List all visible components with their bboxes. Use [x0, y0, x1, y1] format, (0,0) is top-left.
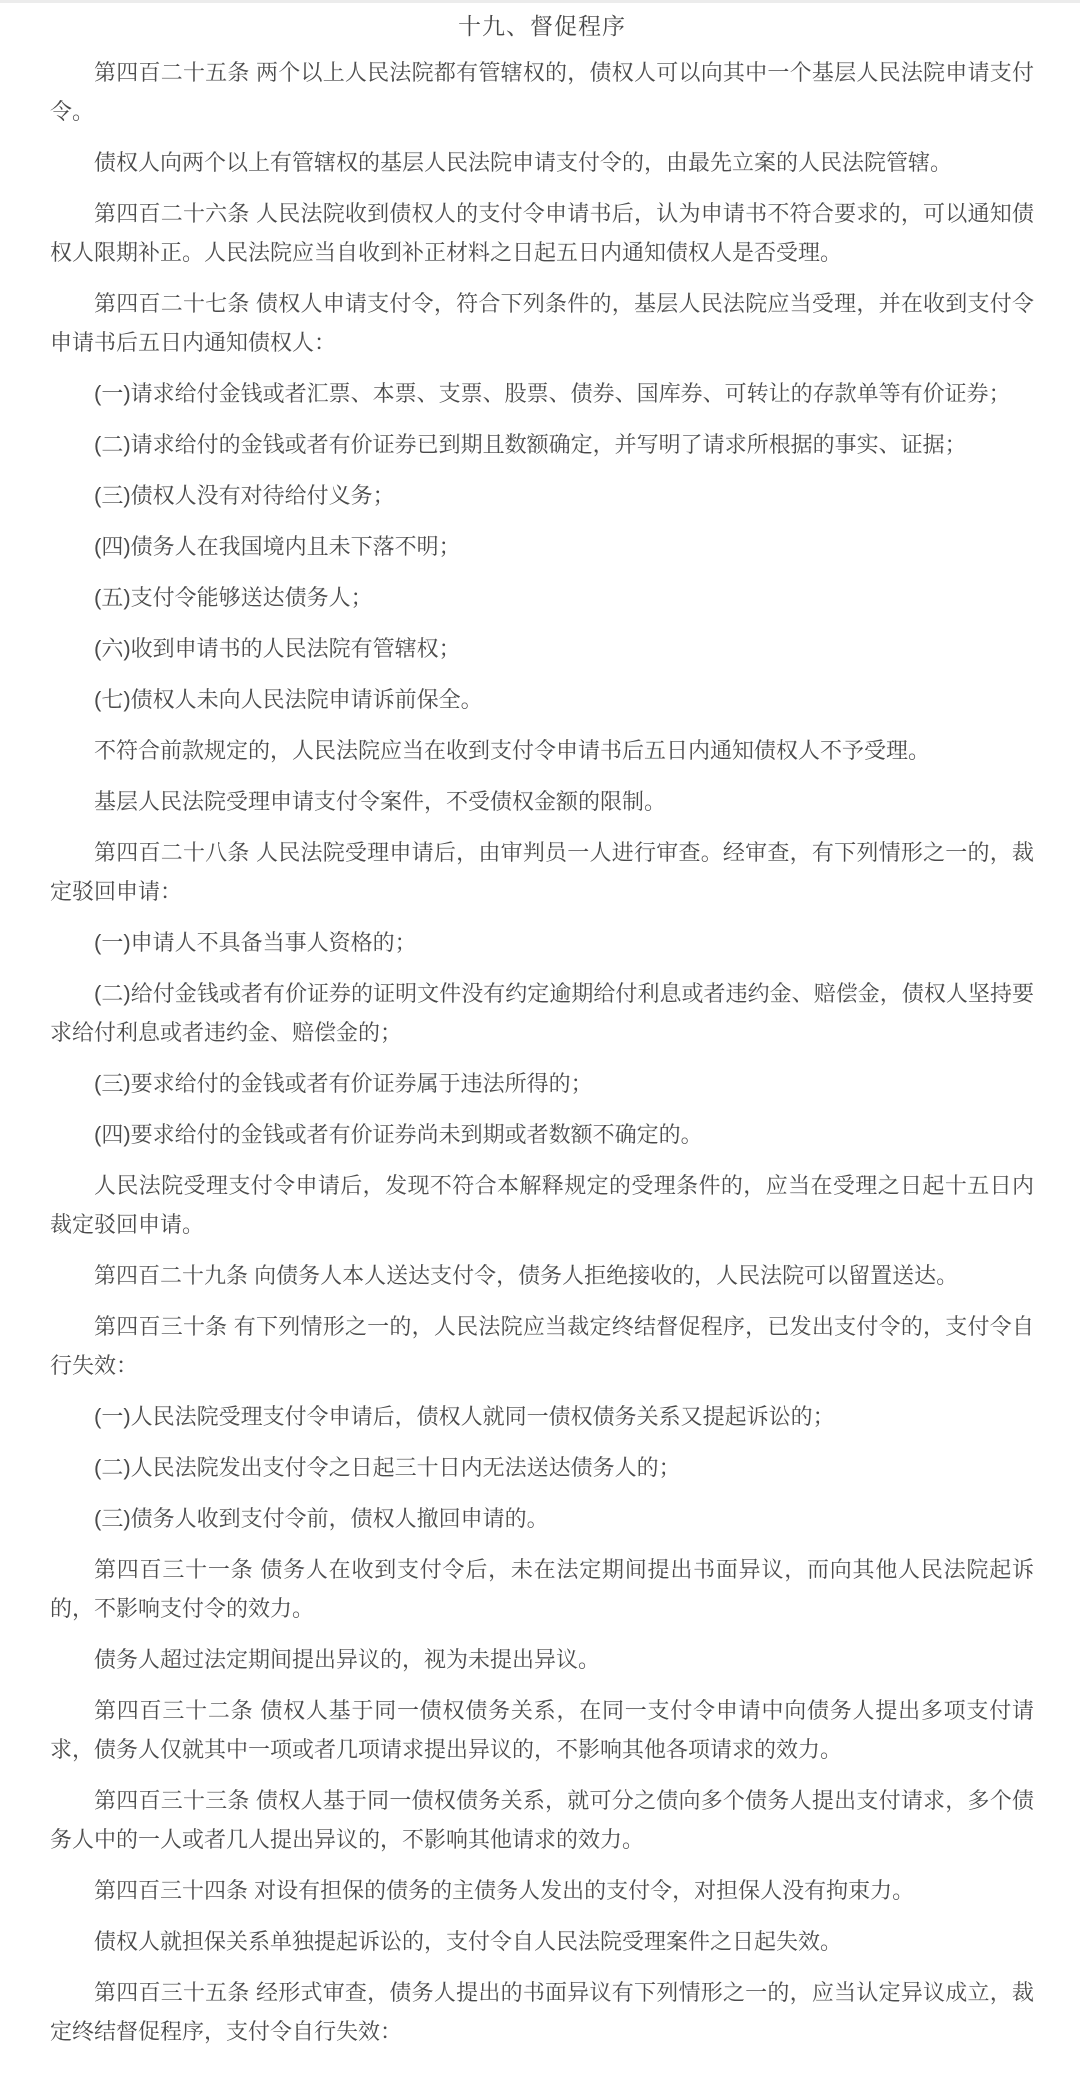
paragraph: 债务人超过法定期间提出异议的，视为未提出异议。 [50, 1640, 1034, 1679]
paragraph: 第四百三十条 有下列情形之一的，人民法院应当裁定终结督促程序，已发出支付令的，支… [50, 1307, 1034, 1385]
paragraph: 第四百三十五条 经形式审查，债务人提出的书面异议有下列情形之一的，应当认定异议成… [50, 1973, 1034, 2051]
legal-document: 十九、督促程序 第四百二十五条 两个以上人民法院都有管辖权的，债权人可以向其中一… [0, 3, 1080, 2093]
paragraph: (二)给付金钱或者有价证券的证明文件没有约定逾期给付利息或者违约金、赔偿金，债权… [50, 974, 1034, 1052]
paragraph: 基层人民法院受理申请支付令案件，不受债权金额的限制。 [50, 782, 1034, 821]
paragraph: 第四百三十二条 债权人基于同一债权债务关系，在同一支付令申请中向债务人提出多项支… [50, 1691, 1034, 1769]
document-page: { "colors": { "background": "#ffffff", "… [0, 0, 1080, 2093]
paragraph: 第四百二十五条 两个以上人民法院都有管辖权的，债权人可以向其中一个基层人民法院申… [50, 53, 1034, 131]
paragraph: 债权人向两个以上有管辖权的基层人民法院申请支付令的，由最先立案的人民法院管辖。 [50, 143, 1034, 182]
section-heading: 十九、督促程序 [50, 11, 1034, 41]
paragraph: 债权人就担保关系单独提起诉讼的，支付令自人民法院受理案件之日起失效。 [50, 1922, 1034, 1961]
paragraph: 第四百二十九条 向债务人本人送达支付令，债务人拒绝接收的，人民法院可以留置送达。 [50, 1256, 1034, 1295]
paragraph: (三)债务人收到支付令前，债权人撤回申请的。 [50, 1499, 1034, 1538]
paragraph: (七)债权人未向人民法院申请诉前保全。 [50, 680, 1034, 719]
paragraph: (二)请求给付的金钱或者有价证券已到期且数额确定，并写明了请求所根据的事实、证据… [50, 425, 1034, 464]
paragraph: 不符合前款规定的，人民法院应当在收到支付令申请书后五日内通知债权人不予受理。 [50, 731, 1034, 770]
paragraph: (一)人民法院受理支付令申请后，债权人就同一债权债务关系又提起诉讼的； [50, 1397, 1034, 1436]
paragraph: (六)收到申请书的人民法院有管辖权； [50, 629, 1034, 668]
paragraph: (三)债权人没有对待给付义务； [50, 476, 1034, 515]
paragraph: (一)申请人不具备当事人资格的； [50, 923, 1034, 962]
paragraph: 第四百二十六条 人民法院收到债权人的支付令申请书后，认为申请书不符合要求的，可以… [50, 194, 1034, 272]
paragraph: (五)支付令能够送达债务人； [50, 578, 1034, 617]
document-body: 第四百二十五条 两个以上人民法院都有管辖权的，债权人可以向其中一个基层人民法院申… [50, 53, 1034, 2051]
paragraph: (一)请求给付金钱或者汇票、本票、支票、股票、债券、国库券、可转让的存款单等有价… [50, 374, 1034, 413]
paragraph: 第四百二十七条 债权人申请支付令，符合下列条件的，基层人民法院应当受理，并在收到… [50, 284, 1034, 362]
paragraph: (二)人民法院发出支付令之日起三十日内无法送达债务人的； [50, 1448, 1034, 1487]
paragraph: 第四百三十三条 债权人基于同一债权债务关系，就可分之债向多个债务人提出支付请求，… [50, 1781, 1034, 1859]
paragraph: 第四百二十八条 人民法院受理申请后，由审判员一人进行审查。经审查，有下列情形之一… [50, 833, 1034, 911]
paragraph: 第四百三十一条 债务人在收到支付令后，未在法定期间提出书面异议，而向其他人民法院… [50, 1550, 1034, 1628]
paragraph: (三)要求给付的金钱或者有价证券属于违法所得的； [50, 1064, 1034, 1103]
paragraph: (四)要求给付的金钱或者有价证券尚未到期或者数额不确定的。 [50, 1115, 1034, 1154]
paragraph: 人民法院受理支付令申请后，发现不符合本解释规定的受理条件的，应当在受理之日起十五… [50, 1166, 1034, 1244]
paragraph: (四)债务人在我国境内且未下落不明； [50, 527, 1034, 566]
paragraph: 第四百三十四条 对设有担保的债务的主债务人发出的支付令，对担保人没有拘束力。 [50, 1871, 1034, 1910]
